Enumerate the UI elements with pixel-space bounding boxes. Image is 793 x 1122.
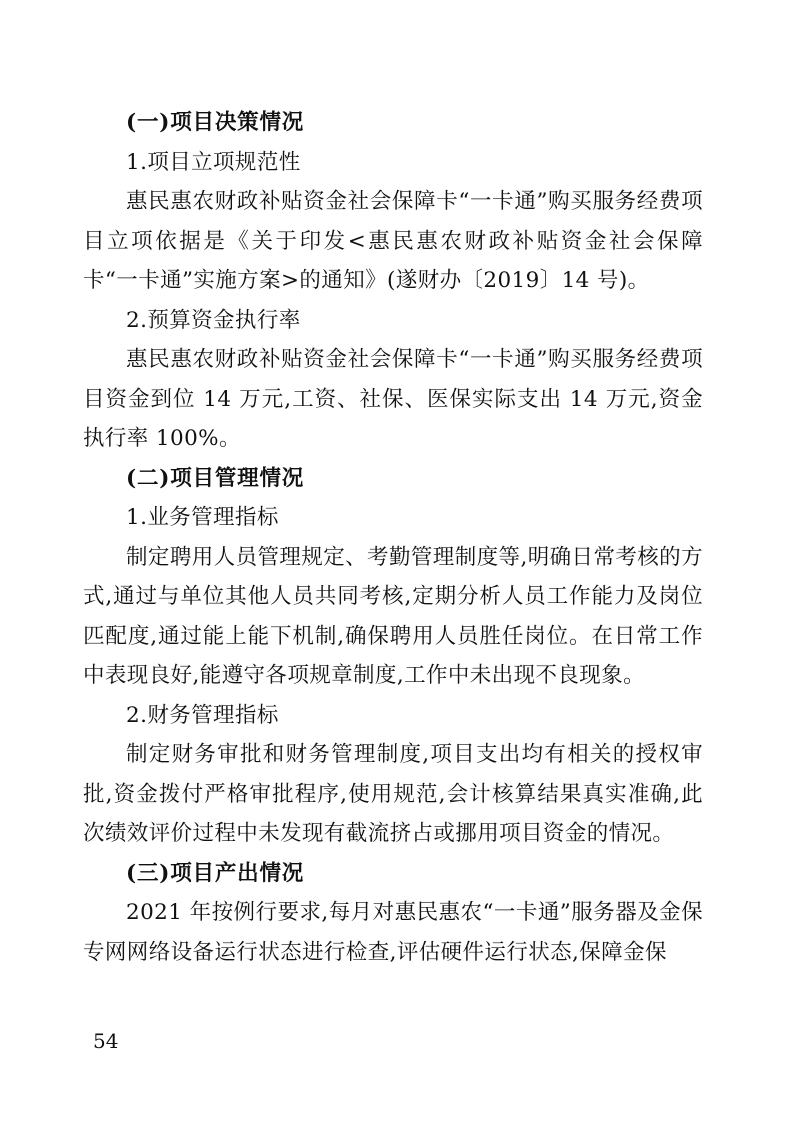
paragraph-budget-execution: 惠民惠农财政补贴资金社会保障卡“一卡通”购买服务经费项目资金到位 14 万元,工… [83, 340, 703, 459]
subheading-budget-execution: 2.预算资金执行率 [83, 301, 703, 341]
document-body: (一)项目决策情况 1.项目立项规范性 惠民惠农财政补贴资金社会保障卡“一卡通”… [83, 103, 703, 972]
paragraph-business-management: 制定聘用人员管理规定、考勤管理制度等,明确日常考核的方式,通过与单位其他人员共同… [83, 538, 703, 696]
paragraph-finance-management: 制定财务审批和财务管理制度,项目支出均有相关的授权审批,资金拨付严格审批程序,使… [83, 735, 703, 854]
section-heading-decision: (一)项目决策情况 [83, 103, 703, 143]
subheading-finance-management: 2.财务管理指标 [83, 696, 703, 736]
page-number: 54 [93, 1028, 118, 1054]
subheading-project-approval: 1.项目立项规范性 [83, 143, 703, 183]
paragraph-approval-basis: 惠民惠农财政补贴资金社会保障卡“一卡通”购买服务经费项目立项依据是《关于印发<惠… [83, 182, 703, 301]
subheading-business-management: 1.业务管理指标 [83, 498, 703, 538]
section-heading-management: (二)项目管理情况 [83, 459, 703, 499]
document-page: (一)项目决策情况 1.项目立项规范性 惠民惠农财政补贴资金社会保障卡“一卡通”… [0, 0, 793, 1122]
paragraph-output: 2021 年按例行要求,每月对惠民惠农“一卡通”服务器及金保专网网络设备运行状态… [83, 893, 703, 972]
section-heading-output: (三)项目产出情况 [83, 854, 703, 894]
